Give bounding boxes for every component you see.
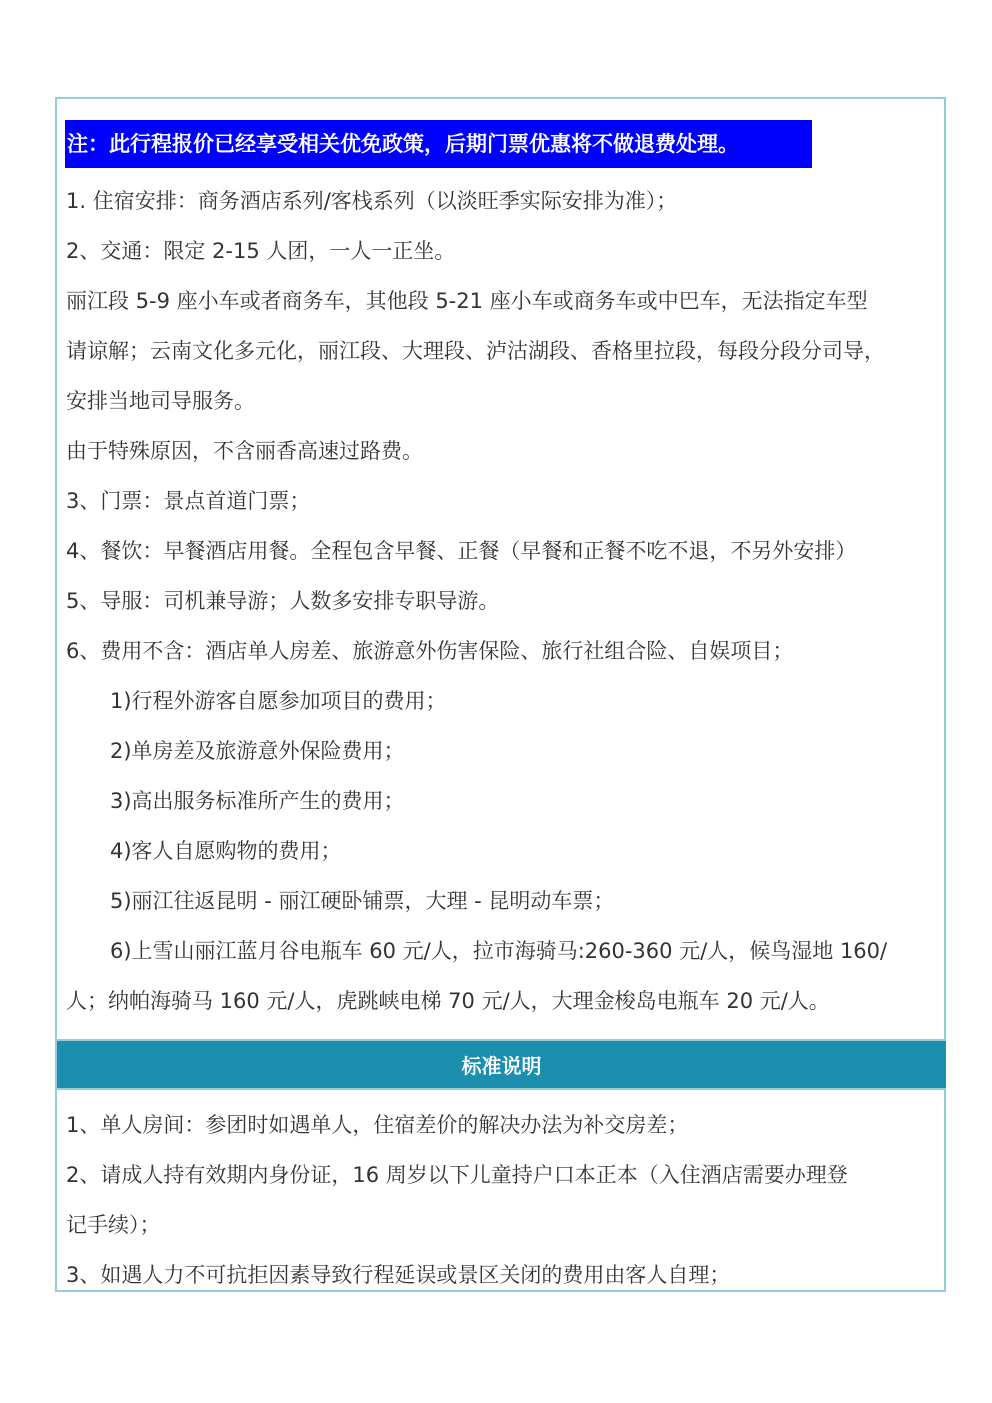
toll-note: 由于特殊原因，不含丽香高速过路费。 (66, 436, 423, 466)
item-guide: 5、导服：司机兼导游；人数多安排专职导游。 (66, 586, 499, 616)
item-excluded-costs: 6、费用不含：酒店单人房差、旅游意外伤害保险、旅行社组合险、自娱项目； (66, 636, 793, 666)
discount-notice: 注：此行程报价已经享受相关优免政策，后期门票优惠将不做退费处理。 (65, 120, 812, 168)
standard-item-2-continuation: 记手续）； (66, 1210, 161, 1240)
standard-item-1: 1、单人房间：参团时如遇单人，住宿差价的解决办法为补交房差； (66, 1110, 688, 1140)
standard-item-3: 3、如遇人力不可抗拒因素导致行程延误或景区关闭的费用由客人自理； (66, 1260, 730, 1290)
transport-detail-line-2: 请谅解；云南文化多元化，丽江段、大理段、泸沽湖段、香格里拉段，每段分段分司导， (66, 336, 885, 366)
excluded-item-3: 3)高出服务标准所产生的费用； (110, 786, 405, 816)
transport-detail-line-3: 安排当地司导服务。 (66, 386, 255, 416)
excluded-item-6: 6)上雪山丽江蓝月谷电瓶车 60 元/人，拉市海骑马:260-360 元/人，候… (110, 936, 887, 966)
transport-detail-line-1: 丽江段 5-9 座小车或者商务车，其他段 5-21 座小车或商务车或中巴车，无法… (66, 286, 868, 316)
item-accommodation: 1. 住宿安排：商务酒店系列/客栈系列（以淡旺季实际安排为准）； (66, 186, 677, 216)
excluded-item-1: 1)行程外游客自愿参加项目的费用； (110, 686, 447, 716)
excluded-item-5: 5)丽江往返昆明 - 丽江硬卧铺票，大理 - 昆明动车票； (110, 886, 614, 916)
excluded-item-4: 4)客人自愿购物的费用； (110, 836, 342, 866)
excluded-item-2: 2)单房差及旅游意外保险费用； (110, 736, 405, 766)
standard-item-2: 2、请成人持有效期内身份证，16 周岁以下儿童持户口本正本（入住酒店需要办理登 (66, 1160, 848, 1190)
excluded-item-6-continuation: 人；纳帕海骑马 160 元/人，虎跳峡电梯 70 元/人，大理金梭岛电瓶车 20… (66, 986, 830, 1016)
item-transport: 2、交通：限定 2-15 人团，一人一正坐。 (66, 236, 455, 266)
section-header-standards: 标准说明 (57, 1039, 946, 1090)
item-meals: 4、餐饮：早餐酒店用餐。全程包含早餐、正餐（早餐和正餐不吃不退，不另外安排） (66, 536, 856, 566)
item-tickets: 3、门票：景点首道门票； (66, 486, 310, 516)
